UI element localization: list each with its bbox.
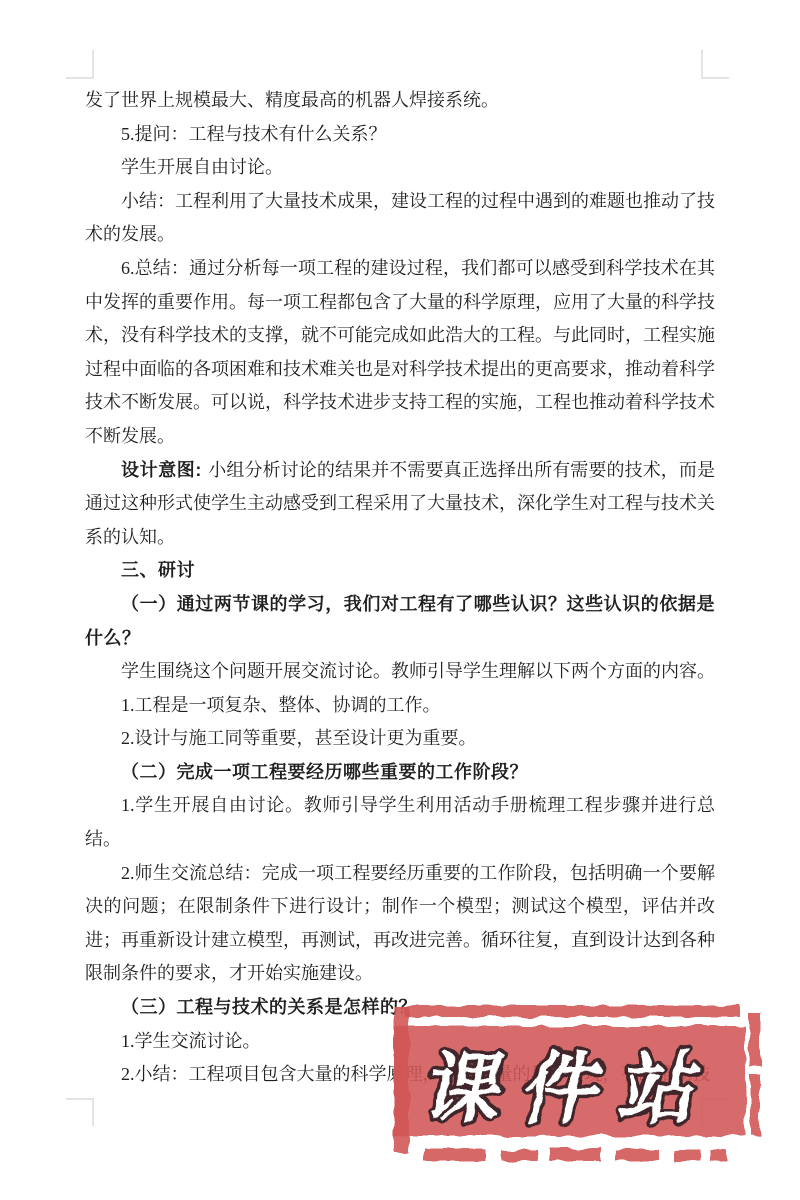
paragraph-text: 5.提问：工程与技术有什么关系？ <box>121 124 387 144</box>
paragraph: 1.学生开展自由讨论。教师引导学生利用活动手册梳理工程步骤并进行总结。 <box>85 789 715 856</box>
document-content: 发了世界上规模最大、精度最高的机器人焊接系统。5.提问：工程与技术有什么关系？学… <box>85 84 715 1092</box>
paragraph-text: 2.小结：工程项目包含大量的科学原理，利用大量的科学发现，不断推动技 <box>121 1064 711 1084</box>
text-boundary-corner-mark <box>701 1098 729 1100</box>
paragraph: （三）工程与技术的关系是怎样的？ <box>85 991 715 1025</box>
text-boundary-corner-mark <box>66 1098 94 1100</box>
paragraph: 学生开展自由讨论。 <box>85 151 715 185</box>
text-boundary-corner-mark <box>701 50 703 78</box>
paragraph: 学生围绕这个问题开展交流讨论。教师引导学生理解以下两个方面的内容。 <box>85 655 715 689</box>
text-boundary-corner-mark <box>92 1098 94 1126</box>
paragraph: 2.设计与施工同等重要，甚至设计更为重要。 <box>85 722 715 756</box>
paragraph-text: 2.设计与施工同等重要，甚至设计更为重要。 <box>121 728 477 748</box>
paragraph-text: 学生开展自由讨论。 <box>121 157 283 177</box>
text-boundary-corner-mark <box>66 77 94 79</box>
paragraph: 2.小结：工程项目包含大量的科学原理，利用大量的科学发现，不断推动技 <box>85 1058 715 1092</box>
paragraph: （一）通过两节课的学习，我们对工程有了哪些认识？这些认识的依据是什么？ <box>85 588 715 655</box>
paragraph-text: 1.学生交流讨论。 <box>121 1031 261 1051</box>
text-boundary-corner-mark <box>701 1098 703 1126</box>
paragraph-text: 1.学生开展自由讨论。教师引导学生利用活动手册梳理工程步骤并进行总结。 <box>85 795 715 849</box>
document-page: 发了世界上规模最大、精度最高的机器人焊接系统。5.提问：工程与技术有什么关系？学… <box>0 0 800 1200</box>
paragraph: 5.提问：工程与技术有什么关系？ <box>85 118 715 152</box>
paragraph-text: 2.师生交流总结：完成一项工程要经历重要的工作阶段，包括明确一个要解决的问题；在… <box>85 863 715 984</box>
paragraph: 三、研讨 <box>85 554 715 588</box>
design-intent-label: 设计意图: <box>121 460 202 480</box>
paragraph-text: 三、研讨 <box>121 560 195 580</box>
paragraph-text: （二）完成一项工程要经历哪些重要的工作阶段？ <box>121 762 528 782</box>
paragraph: 小结：工程利用了大量技术成果，建设工程的过程中遇到的难题也推动了技术的发展。 <box>85 185 715 252</box>
text-boundary-corner-mark <box>92 50 94 78</box>
paragraph: 2.师生交流总结：完成一项工程要经历重要的工作阶段，包括明确一个要解决的问题；在… <box>85 857 715 991</box>
paragraph-text: 小结：工程利用了大量技术成果，建设工程的过程中遇到的难题也推动了技术的发展。 <box>85 191 715 245</box>
paragraph-text: 学生围绕这个问题开展交流讨论。教师引导学生理解以下两个方面的内容。 <box>121 661 715 681</box>
paragraph-text: 1.工程是一项复杂、整体、协调的工作。 <box>121 695 441 715</box>
paragraph: 发了世界上规模最大、精度最高的机器人焊接系统。 <box>85 84 715 118</box>
paragraph: 1.学生交流讨论。 <box>85 1025 715 1059</box>
paragraph-text: （三）工程与技术的关系是怎样的？ <box>121 997 417 1017</box>
paragraph: 设计意图:小组分析讨论的结果并不需要真正选择出所有需要的技术，而是通过这种形式使… <box>85 454 715 555</box>
paragraph: （二）完成一项工程要经历哪些重要的工作阶段？ <box>85 756 715 790</box>
paragraph-text: 发了世界上规模最大、精度最高的机器人焊接系统。 <box>85 90 499 110</box>
paragraph-text: 6.总结：通过分析每一项工程的建设过程，我们都可以感受到科学技术在其中发挥的重要… <box>85 258 715 446</box>
paragraph-text: （一）通过两节课的学习，我们对工程有了哪些认识？这些认识的依据是什么？ <box>85 594 715 648</box>
paragraph: 1.工程是一项复杂、整体、协调的工作。 <box>85 689 715 723</box>
paragraph: 6.总结：通过分析每一项工程的建设过程，我们都可以感受到科学技术在其中发挥的重要… <box>85 252 715 454</box>
text-boundary-corner-mark <box>701 77 729 79</box>
